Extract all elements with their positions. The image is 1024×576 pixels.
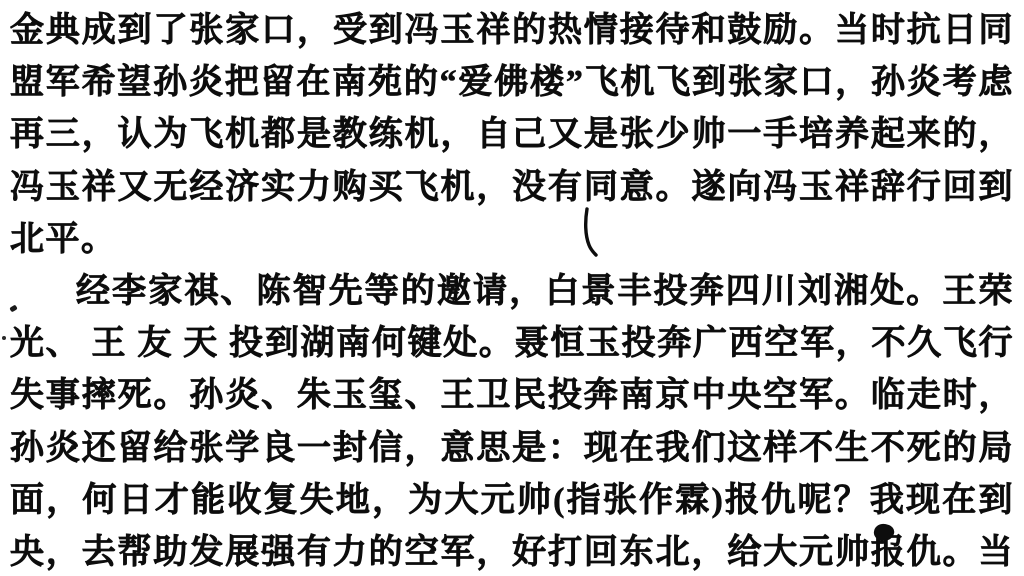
ink-speck — [2, 336, 6, 340]
text-line: 面，何日才能收复失地，为大元帅(指张作霖)报仇呢？我现在到中 — [10, 475, 1014, 527]
stray-ink-stroke — [580, 207, 598, 257]
text-line: 失事摔死。孙炎、朱玉玺、王卫民投奔南京中央空军。临走时， — [10, 370, 1014, 422]
body-text: 金典成到了张家口，受到冯玉祥的热情接待和鼓励。当时抗日同 盟军希望孙炎把留在南苑… — [10, 5, 1014, 576]
text-line: 孙炎还留给张学良一封信，意思是：现在我们这样不生不死的局 — [10, 423, 1014, 475]
text-line: 金典成到了张家口，受到冯玉祥的热情接待和鼓励。当时抗日同 — [10, 5, 1014, 57]
text-line: 光、 王 友 天 投到湖南何键处。聂恒玉投奔广西空军，不久飞行 — [10, 318, 1014, 370]
text-line: 央，去帮助发展强有力的空军，好打回东北，给大元帅报仇。当 — [10, 527, 1014, 576]
text-line: 盟军希望孙炎把留在南苑的“爱佛楼”飞机飞到张家口，孙炎考虑 — [10, 57, 1014, 109]
text-line paragraph-start: 经李家祺、陈智先等的邀请，白景丰投奔四川刘湘处。王荣 — [10, 266, 1014, 318]
text-line: 冯玉祥又无经济实力购买飞机，没有同意。遂向冯玉祥辞行回到 — [10, 162, 1014, 214]
text-line: 再三，认为飞机都是教练机，自己又是张少帅一手培养起来的， — [10, 109, 1014, 161]
text-line: 北平。 — [10, 214, 1014, 266]
scanned-page: 金典成到了张家口，受到冯玉祥的热情接待和鼓励。当时抗日同 盟军希望孙炎把留在南苑… — [0, 0, 1024, 576]
